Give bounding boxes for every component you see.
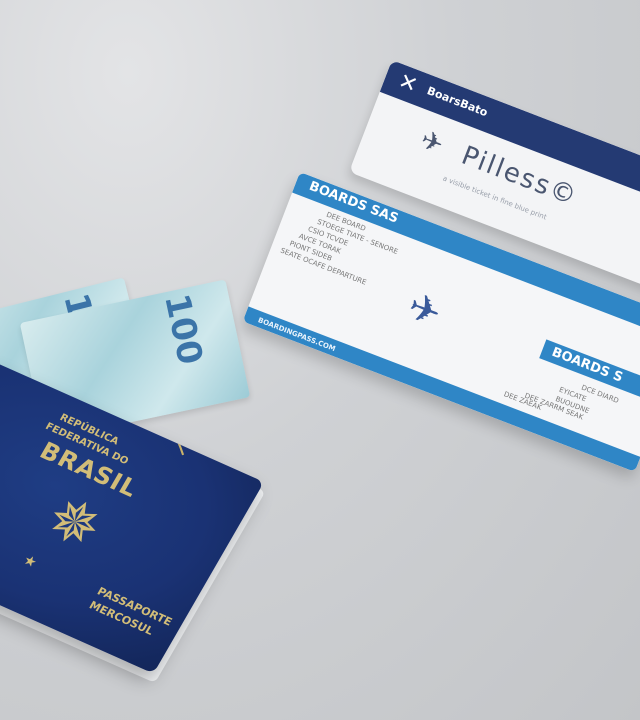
plane-x-icon: ✕ xyxy=(395,69,421,99)
airplane-icon: ✈ xyxy=(402,284,447,336)
ticket-footer: BOARDINGPASS.COM xyxy=(257,316,337,353)
banknote-value: 100 xyxy=(156,290,210,368)
photo-scene: ✕ BoarsBato ✈ Pilless© a visible ticket … xyxy=(0,0,640,720)
ticket-band-text: BoarsBato xyxy=(425,84,489,119)
airplane-icon: ✈ xyxy=(416,125,447,161)
